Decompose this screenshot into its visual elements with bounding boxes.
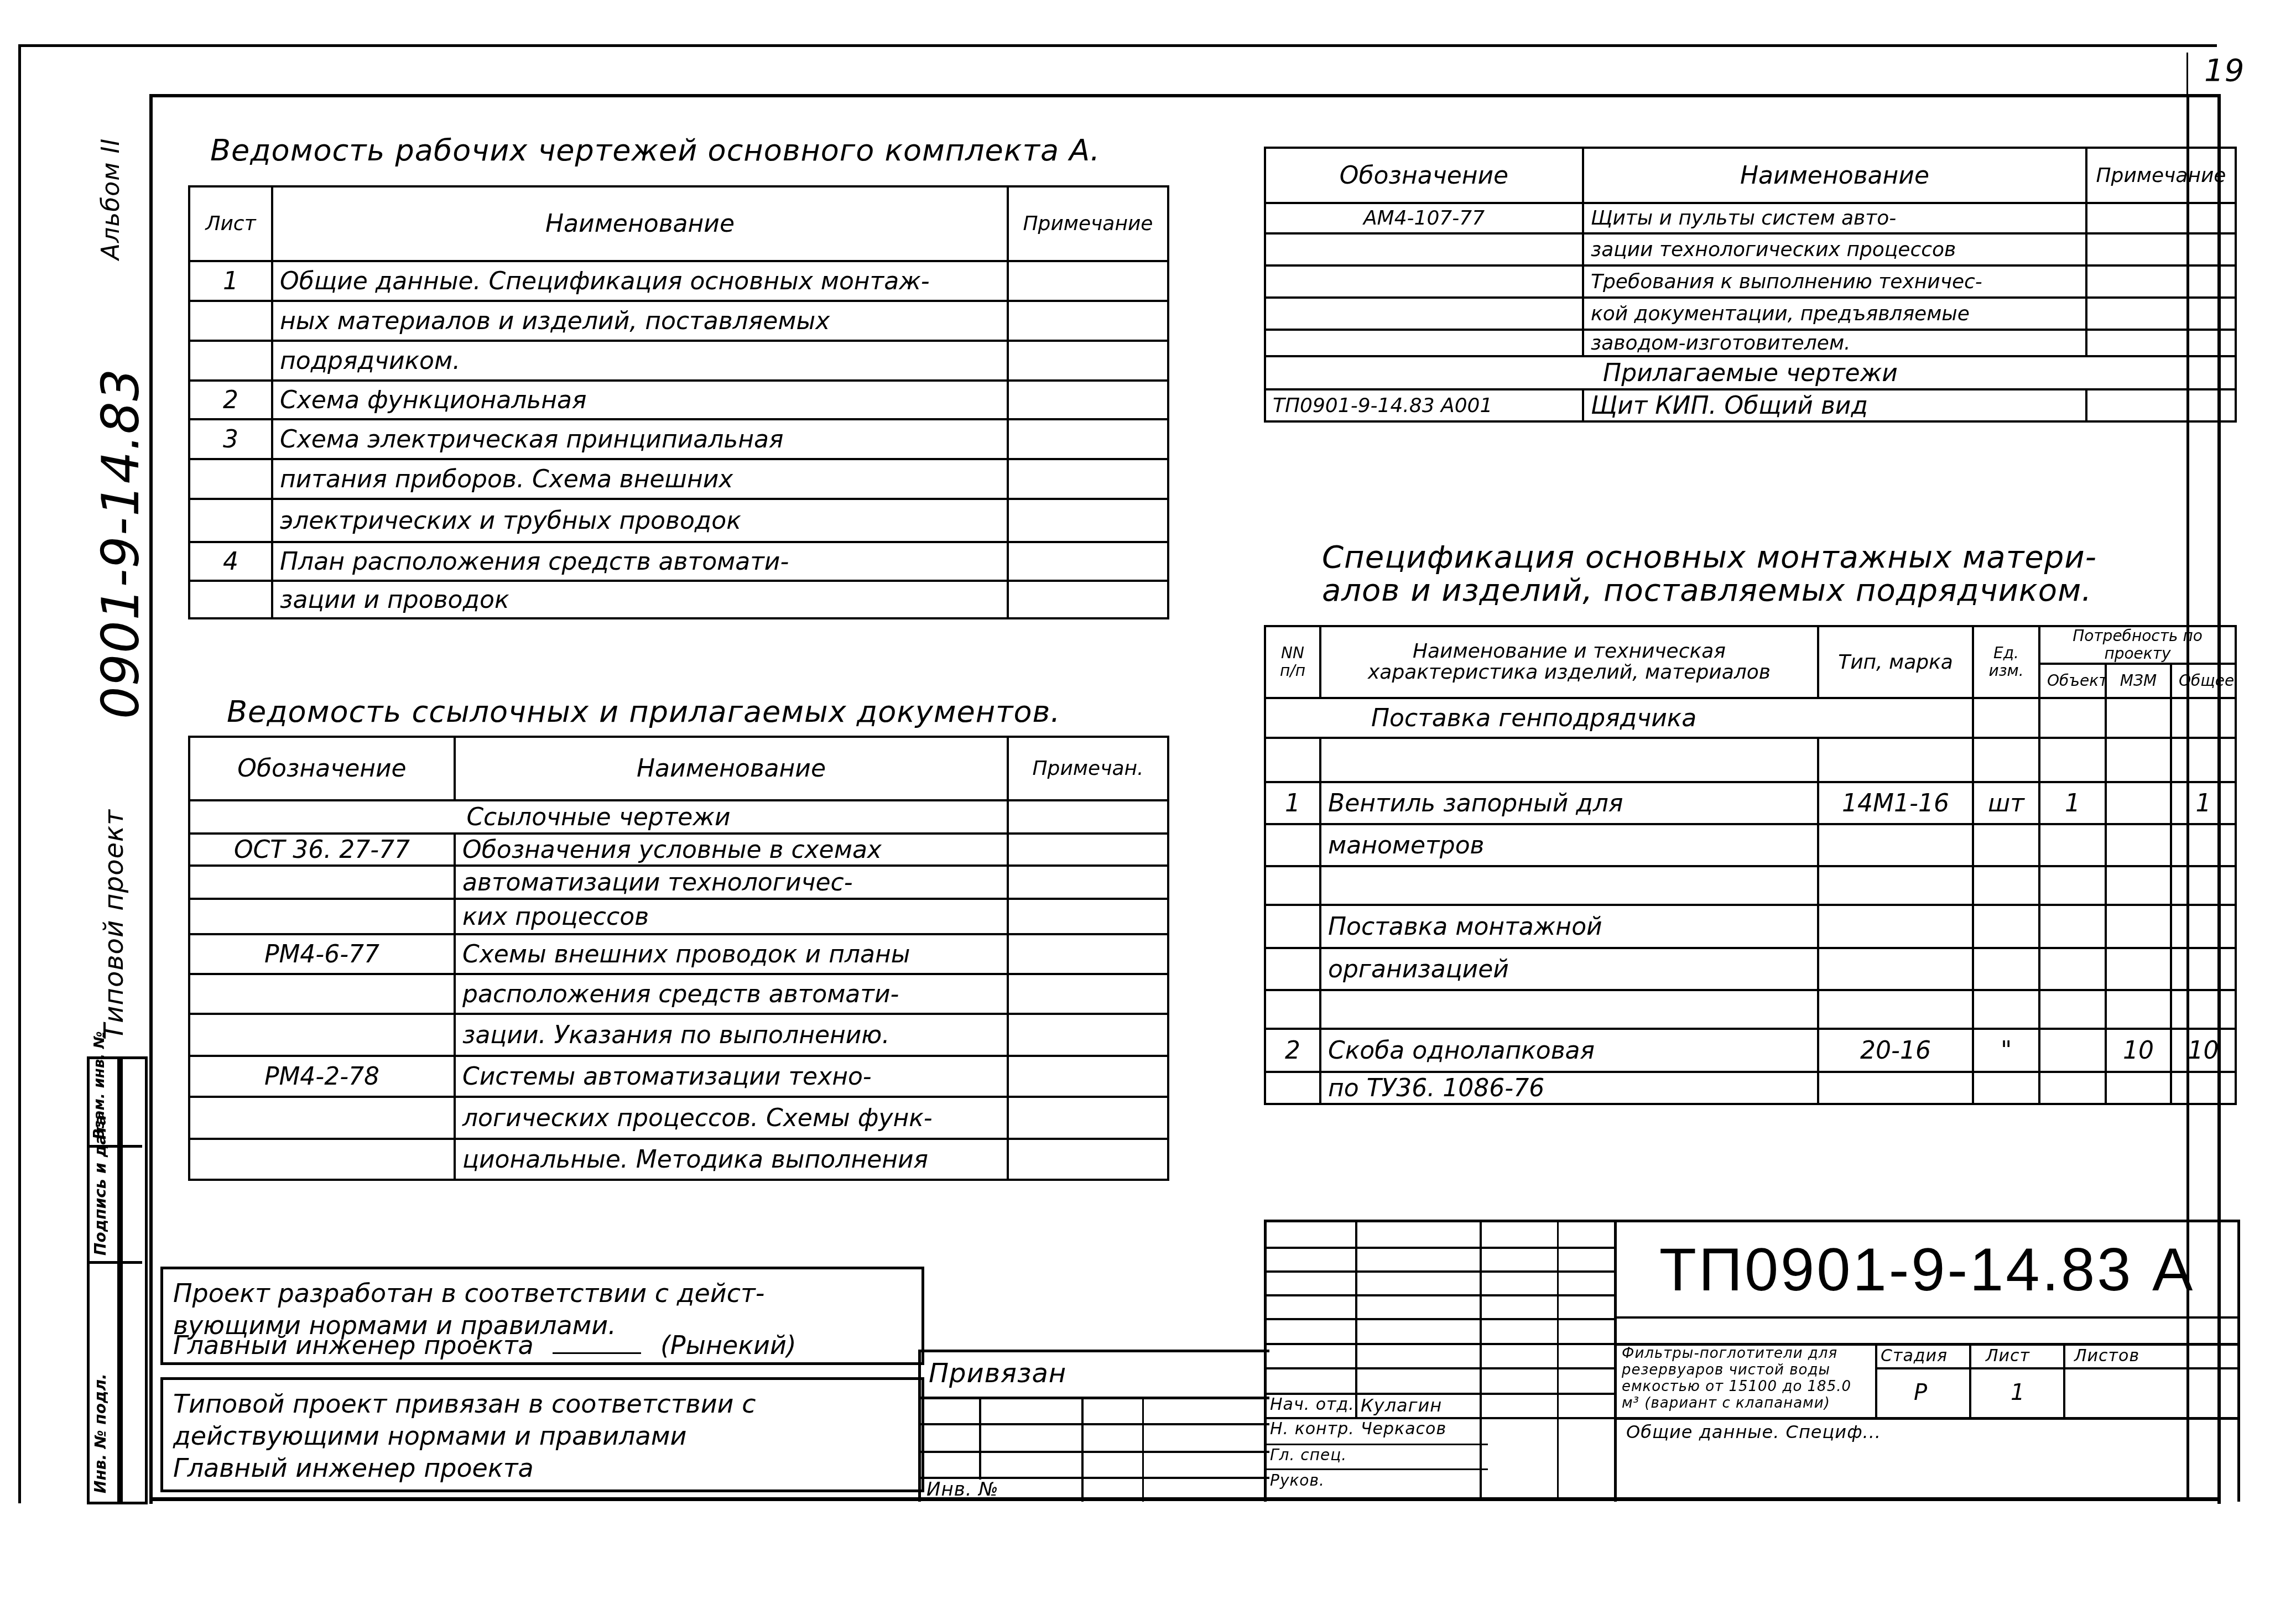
reference-docs-table: Обозначение Наименование Примечан. Ссыло… (188, 736, 1169, 1181)
col-header-name: Наименование (455, 737, 1008, 800)
table-header-row: Обозначение Наименование Примечан. (189, 737, 1168, 800)
cell-note (1008, 800, 1168, 834)
cell-name: питания приборов. Схема внешних (272, 459, 1008, 499)
cell-name: по ТУ36. 1086-76 (1320, 1072, 1818, 1104)
col-header-designation: Обозначение (189, 737, 455, 800)
cell-name (1320, 866, 1818, 905)
cell-unit (1973, 866, 2039, 905)
cell-note (1008, 1097, 1168, 1139)
table-row (1265, 866, 2236, 905)
cell-designation: ТП0901-9-14.83 А001 (1265, 389, 1583, 421)
table-row: организацией (1265, 948, 2236, 990)
table-row: Требования к выполнению техничес- (1265, 265, 2236, 298)
cell-note (1008, 381, 1168, 419)
bound-divider (921, 1397, 1269, 1399)
cell-name: Скоба однолапковая (1320, 1029, 1818, 1072)
title-col (2063, 1343, 2065, 1417)
sig-col (1557, 1222, 1559, 1499)
table-row: расположения средств автомати- (189, 974, 1168, 1014)
document-description: Фильтры-поглотители для резервуаров чист… (1622, 1345, 1871, 1412)
table-row: РМ4-2-78Системы автоматизации техно- (189, 1056, 1168, 1097)
table-header-row: Лист Наименование Примечание (189, 186, 1168, 261)
developed-line3: Главный инженер проекта (173, 1330, 534, 1360)
col-header-note: Примечание (1008, 186, 1168, 261)
bound-note-box: Типовой проект привязан в соответствии с… (160, 1377, 924, 1492)
sheets-label: Листов (2074, 1346, 2139, 1366)
cell-name: логических процессов. Схемы функ- (455, 1097, 1008, 1139)
table-row: 2Схема функциональная (189, 381, 1168, 419)
cell-num (1265, 1072, 1320, 1104)
cell-name: организацией (1320, 948, 1818, 990)
cell-designation (189, 1097, 455, 1139)
reference-docs-title: Ведомость ссылочных и прилагаемых докуме… (227, 694, 1061, 729)
cell-name: План расположения средств автомати- (272, 542, 1008, 581)
col-header-name: Наименование и техническая характеристик… (1320, 626, 1818, 698)
sheet-value: 1 (2011, 1380, 2025, 1405)
col-header-designation: Обозначение (1265, 148, 1583, 203)
cell-designation: АМ4-107-77 (1265, 203, 1583, 233)
stage-value: Р (1914, 1380, 1928, 1405)
margin-album: Альбом II (97, 138, 125, 260)
cell-designation (189, 1139, 455, 1180)
cell-num (1265, 948, 1320, 990)
table-row: 4План расположения средств автомати- (189, 542, 1168, 581)
developed-engineer-name: (Рынекий) (660, 1330, 796, 1360)
sig-divider (1267, 1468, 1488, 1470)
cell-note (2086, 298, 2236, 330)
cell-type (1818, 990, 1973, 1029)
cell-name: Требования к выполнению техничес- (1583, 265, 2086, 298)
cell-note (1008, 866, 1168, 899)
cell-note (1008, 341, 1168, 381)
name-head-dept: Кулагин (1361, 1395, 1442, 1416)
sig-col (1355, 1222, 1357, 1417)
cell-total (2171, 948, 2236, 990)
cell-mzm (2106, 990, 2171, 1029)
cell-obj (2039, 738, 2106, 782)
table-row: зации и проводок (189, 581, 1168, 618)
cell-mzm: 10 (2106, 1029, 2171, 1072)
specification-title-line1: Спецификация основных монтажных матери- (1322, 539, 2097, 575)
sig-divider (1267, 1247, 1617, 1249)
cell-unit (1973, 1072, 2039, 1104)
table-row: РМ4-6-77Схемы внешних проводок и планы (189, 934, 1168, 974)
page-number: 19 (2204, 53, 2245, 88)
bound-line1: Типовой проект привязан в соответствии с (173, 1388, 912, 1420)
cell-type (1818, 948, 1973, 990)
cell-name: зации и проводок (272, 581, 1008, 618)
working-drawings-title: Ведомость рабочих чертежей основного ком… (210, 133, 1100, 168)
table-row: подрядчиком. (189, 341, 1168, 381)
cell-unit: " (1973, 1029, 2039, 1072)
specification-table: NN п/п Наименование и техническая характ… (1264, 625, 2237, 1105)
cell-sheet (189, 499, 272, 542)
cell-note (2086, 265, 2236, 298)
cell-mzm (2106, 782, 2171, 824)
cell-mzm (2106, 1072, 2171, 1104)
col-header-sheet: Лист (189, 186, 272, 261)
cell-note (1008, 1139, 1168, 1180)
table-row: АМ4-107-77Щиты и пульты систем авто- (1265, 203, 2236, 233)
cell-name: Щит КИП. Общий вид (1583, 389, 2086, 421)
cell-mzm (2106, 738, 2171, 782)
table-row: питания приборов. Схема внешних (189, 459, 1168, 499)
cell-unit (1973, 990, 2039, 1029)
cell-name: Схема электрическая принципиальная (272, 419, 1008, 459)
cell-note (1008, 459, 1168, 499)
cell-num: 2 (1265, 1029, 1320, 1072)
table-row: ных материалов и изделий, поставляемых (189, 301, 1168, 341)
page-number-divider (2186, 53, 2188, 97)
role-manager: Руков. (1270, 1471, 1325, 1489)
table-row: 1Вентиль запорный для14М1-16шт11 (1265, 782, 2236, 824)
stamp-divider (87, 1261, 142, 1264)
title-divider (1617, 1417, 2237, 1420)
table-row (1265, 738, 2236, 782)
cell-obj (2039, 948, 2106, 990)
table-row: заводом-изготовителем. (1265, 330, 2236, 356)
inventory-stamp: Инв. № подл. Подпись и дата Взам. инв. № (87, 1056, 148, 1499)
cell-type: 14М1-16 (1818, 782, 1973, 824)
role-norm-control: Н. контр. (1270, 1419, 1355, 1439)
cell-note (1008, 542, 1168, 581)
table-row: зации. Указания по выполнению. (189, 1014, 1168, 1056)
cell-sheet (189, 581, 272, 618)
table-header-row: Обозначение Наименование Примечание (1265, 148, 2236, 203)
cell-note (2086, 389, 2236, 421)
cell-note (2086, 233, 2236, 265)
section-label: Поставка генподрядчика (1265, 698, 1973, 738)
cell-name: кой документации, предъявляемые (1583, 298, 2086, 330)
cell-sheet (189, 459, 272, 499)
cell-total (2171, 1072, 2236, 1104)
table-row: кой документации, предъявляемые (1265, 298, 2236, 330)
cell-note (1008, 1014, 1168, 1056)
cell-type (1818, 1072, 1973, 1104)
cell-unit (1973, 738, 2039, 782)
col-header-need: Потребность по проекту (2039, 626, 2236, 664)
cell-note (1008, 301, 1168, 341)
table-row: 1Общие данные. Спецификация основных мон… (189, 261, 1168, 301)
cell-name: зации. Указания по выполнению. (455, 1014, 1008, 1056)
cell-obj (2039, 824, 2106, 866)
cell-note (2086, 330, 2236, 356)
role-head-dept: Нач. отд. (1270, 1395, 1355, 1414)
cell-name (1320, 738, 1818, 782)
table-row: логических процессов. Схемы функ- (189, 1097, 1168, 1139)
cell-designation (189, 974, 455, 1014)
col-header-name: Наименование (272, 186, 1008, 261)
cell-obj (2039, 905, 2106, 948)
cell-name: Обозначения условные в схемах (455, 834, 1008, 866)
bound-divider (921, 1451, 1269, 1453)
cell-name: Общие данные. Спецификация основных монт… (272, 261, 1008, 301)
cell-obj (2039, 990, 2106, 1029)
table-row: ТП0901-9-14.83 А001Щит КИП. Общий вид (1265, 389, 2236, 421)
reference-docs-cont-table: Обозначение Наименование Примечание АМ4-… (1264, 147, 2237, 423)
cell-name (1320, 990, 1818, 1029)
bound-line3: Главный инженер проекта (173, 1452, 912, 1484)
title-divider (1875, 1367, 2237, 1369)
bound-col (1081, 1397, 1084, 1502)
cell-designation: РМ4-6-77 (189, 934, 455, 974)
cell-name: Системы автоматизации техно- (455, 1056, 1008, 1097)
attached-label: Прилагаемые чертежи (1265, 356, 2236, 389)
cell-note (1008, 834, 1168, 866)
cell-note (1008, 934, 1168, 974)
table-row: манометров (1265, 824, 2236, 866)
cell-num (1265, 738, 1320, 782)
cell-name: Схема функциональная (272, 381, 1008, 419)
developed-signature-line: Главный инженер проекта (Рынекий) (173, 1329, 912, 1361)
bound-block: Привязан Инв. № (918, 1350, 1269, 1502)
table-row: электрических и трубных проводок (189, 499, 1168, 542)
sig-divider (1267, 1294, 1617, 1296)
section-row: Прилагаемые чертежи (1265, 356, 2236, 389)
signature-mark (553, 1352, 641, 1354)
cell-unit (1973, 948, 2039, 990)
role-chief-spec: Гл. спец. (1270, 1446, 1347, 1464)
sig-divider (1267, 1318, 1617, 1320)
cell-num (1265, 866, 1320, 905)
cell-name: Поставка монтажной (1320, 905, 1818, 948)
cell-name: электрических и трубных проводок (272, 499, 1008, 542)
col-header-note: Примечан. (1008, 737, 1168, 800)
cell-designation (1265, 330, 1583, 356)
col-header-name: Наименование (1583, 148, 2086, 203)
sig-divider (1267, 1270, 1617, 1273)
cell-note (1008, 499, 1168, 542)
cell-name: Схемы внешних проводок и планы (455, 934, 1008, 974)
working-drawings-table: Лист Наименование Примечание 1Общие данн… (188, 185, 1169, 619)
sig-col (1480, 1222, 1482, 1499)
table-row (1265, 990, 2236, 1029)
cell-type (1818, 866, 1973, 905)
cell-designation (189, 1014, 455, 1056)
cell-obj (2039, 866, 2106, 905)
cell-mzm (2106, 866, 2171, 905)
table-row: Поставка монтажной (1265, 905, 2236, 948)
table-row: ОСТ 36. 27-77Обозначения условные в схем… (189, 834, 1168, 866)
cell-designation (189, 866, 455, 899)
cell-name: зации технологических процессов (1583, 233, 2086, 265)
sheet-title: Общие данные. Специф... (1626, 1421, 1881, 1442)
bound-divider (921, 1423, 1269, 1425)
cell-type: 20-16 (1818, 1029, 1973, 1072)
cell-mzm (2106, 824, 2171, 866)
cell-num (1265, 905, 1320, 948)
table-row: циональные. Методика выполнения (189, 1139, 1168, 1180)
cell-designation: РМ4-2-78 (189, 1056, 455, 1097)
cell-type (1818, 738, 1973, 782)
cell-unit (1973, 905, 2039, 948)
cell-note (1008, 899, 1168, 934)
cell-type (1818, 905, 1973, 948)
cell-designation (1265, 233, 1583, 265)
stage-label: Стадия (1881, 1346, 1948, 1366)
section-row: Поставка генподрядчика (1265, 698, 2236, 738)
cell-sheet: 4 (189, 542, 272, 581)
cell-note (1008, 974, 1168, 1014)
table-header-row: NN п/п Наименование и техническая характ… (1265, 626, 2236, 664)
name-norm-control: Черкасов (1361, 1419, 1446, 1439)
cell-designation (1265, 298, 1583, 330)
inv-label: Инв. № (926, 1478, 999, 1501)
title-block-signatures: Нач. отд. Кулагин Н. контр. Черкасов Гл.… (1267, 1222, 1617, 1502)
cell-obj (2039, 698, 2106, 738)
table-row: автоматизации технологичес- (189, 866, 1168, 899)
cell-note (1008, 581, 1168, 618)
col-header-unit: Ед. изм. (1973, 626, 2039, 698)
cell-designation (1265, 265, 1583, 298)
cell-total (2171, 905, 2236, 948)
cell-num: 1 (1265, 782, 1320, 824)
col-header-num: NN п/п (1265, 626, 1320, 698)
cell-total (2171, 866, 2236, 905)
sig-divider (1267, 1367, 1617, 1369)
stamp-replace-inv: Взам. инв. № (91, 1032, 108, 1140)
cell-total (2171, 990, 2236, 1029)
title-col (1875, 1343, 1877, 1417)
cell-total (2171, 698, 2236, 738)
stamp-value-column (117, 1056, 148, 1504)
cell-name: Вентиль запорный для (1320, 782, 1818, 824)
col-header-need-total: Общее (2171, 664, 2236, 698)
specification-title-line2: алов и изделий, поставляемых подрядчиком… (1322, 572, 2092, 608)
section-row: Ссылочные чертежи (189, 800, 1168, 834)
section-label: Ссылочные чертежи (189, 800, 1008, 834)
title-col (1969, 1343, 1971, 1417)
cell-unit: шт (1973, 782, 2039, 824)
cell-unit (1973, 824, 2039, 866)
stamp-inv-no: Инв. № подл. (91, 1373, 110, 1493)
cell-name: ких процессов (455, 899, 1008, 934)
bound-col (1142, 1397, 1144, 1502)
table-row: 3Схема электрическая принципиальная (189, 419, 1168, 459)
cell-sheet: 2 (189, 381, 272, 419)
col-header-note: Примечание (2086, 148, 2236, 203)
col-header-type: Тип, марка (1818, 626, 1973, 698)
cell-unit (1973, 698, 2039, 738)
cell-total: 10 (2171, 1029, 2236, 1072)
developed-note-box: Проект разработан в соответствии с дейст… (160, 1267, 924, 1365)
cell-total (2171, 824, 2236, 866)
table-row: по ТУ36. 1086-76 (1265, 1072, 2236, 1104)
cell-note (1008, 419, 1168, 459)
cell-total (2171, 738, 2236, 782)
cell-num (1265, 824, 1320, 866)
cell-mzm (2106, 698, 2171, 738)
cell-total: 1 (2171, 782, 2236, 824)
developed-line1: Проект разработан в соответствии с дейст… (173, 1277, 912, 1309)
cell-name: манометров (1320, 824, 1818, 866)
cell-name: расположения средств автомати- (455, 974, 1008, 1014)
cell-name: автоматизации технологичес- (455, 866, 1008, 899)
cell-num (1265, 990, 1320, 1029)
cell-note (2086, 203, 2236, 233)
sheet-label: Лист (1986, 1346, 2030, 1366)
bound-label: Привязан (929, 1358, 1066, 1389)
sig-divider (1267, 1444, 1488, 1445)
cell-designation (189, 899, 455, 934)
margin-project-code: 0901-9-14.83 (91, 368, 150, 719)
cell-sheet (189, 341, 272, 381)
cell-obj: 1 (2039, 782, 2106, 824)
cell-sheet: 1 (189, 261, 272, 301)
cell-note (1008, 1056, 1168, 1097)
col-header-need-mzm: МЗМ (2106, 664, 2171, 698)
cell-mzm (2106, 948, 2171, 990)
cell-sheet: 3 (189, 419, 272, 459)
margin-project-label: Типовой проект (98, 809, 129, 1040)
cell-mzm (2106, 905, 2171, 948)
table-row: зации технологических процессов (1265, 233, 2236, 265)
table-row: ких процессов (189, 899, 1168, 934)
cell-obj (2039, 1072, 2106, 1104)
sig-divider (1267, 1343, 1617, 1345)
cell-name: ных материалов и изделий, поставляемых (272, 301, 1008, 341)
cell-designation: ОСТ 36. 27-77 (189, 834, 455, 866)
document-code: ТП0901-9-14.83 А (1617, 1222, 2237, 1319)
cell-name: циональные. Методика выполнения (455, 1139, 1008, 1180)
cell-sheet (189, 301, 272, 341)
bound-col (979, 1397, 981, 1480)
cell-note (1008, 261, 1168, 301)
cell-name: подрядчиком. (272, 341, 1008, 381)
cell-name: заводом-изготовителем. (1583, 330, 2086, 356)
title-block: Нач. отд. Кулагин Н. контр. Черкасов Гл.… (1264, 1220, 2240, 1502)
col-header-need-object: Объект (2039, 664, 2106, 698)
table-row: 2Скоба однолапковая20-16"1010 (1265, 1029, 2236, 1072)
cell-name: Щиты и пульты систем авто- (1583, 203, 2086, 233)
bound-line2: действующими нормами и правилами (173, 1420, 912, 1452)
cell-type (1818, 824, 1973, 866)
cell-obj (2039, 1029, 2106, 1072)
